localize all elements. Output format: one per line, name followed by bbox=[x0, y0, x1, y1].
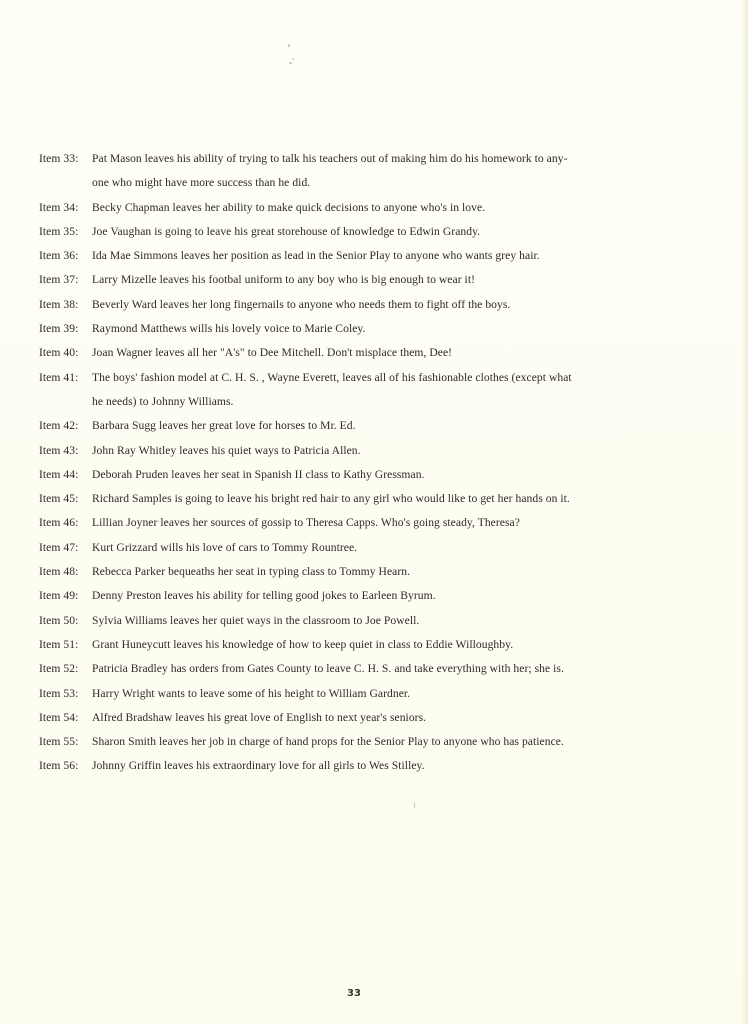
list-item: Item 48:Rebecca Parker bequeaths her sea… bbox=[39, 560, 699, 584]
item-number-label: Item 41: bbox=[39, 366, 92, 415]
item-text: Sylvia Williams leaves her quiet ways in… bbox=[92, 609, 699, 633]
item-text: Joan Wagner leaves all her "A's" to Dee … bbox=[92, 341, 699, 365]
item-text-line: Grant Huneycutt leaves his knowledge of … bbox=[92, 633, 699, 657]
list-item: Item 49:Denny Preston leaves his ability… bbox=[39, 584, 699, 608]
item-number-label: Item 49: bbox=[39, 584, 92, 608]
paper-speck bbox=[289, 62, 292, 64]
item-text-line: Sylvia Williams leaves her quiet ways in… bbox=[92, 609, 699, 633]
item-text-line: Joan Wagner leaves all her "A's" to Dee … bbox=[92, 341, 699, 365]
item-text-line: Lillian Joyner leaves her sources of gos… bbox=[92, 511, 699, 535]
list-item: Item 55:Sharon Smith leaves her job in c… bbox=[39, 730, 699, 754]
item-number-label: Item 47: bbox=[39, 536, 92, 560]
list-item: Item 37:Larry Mizelle leaves his footbal… bbox=[39, 268, 699, 292]
list-item: Item 35:Joe Vaughan is going to leave hi… bbox=[39, 220, 699, 244]
list-item: Item 56:Johnny Griffin leaves his extrao… bbox=[39, 754, 699, 778]
list-item: Item 44:Deborah Pruden leaves her seat i… bbox=[39, 463, 699, 487]
item-text-line: Denny Preston leaves his ability for tel… bbox=[92, 584, 699, 608]
item-number-label: Item 55: bbox=[39, 730, 92, 754]
list-item: Item 43:John Ray Whitley leaves his quie… bbox=[39, 439, 699, 463]
item-number-label: Item 45: bbox=[39, 487, 92, 511]
item-text-line: Raymond Matthews wills his lovely voice … bbox=[92, 317, 699, 341]
item-number-label: Item 40: bbox=[39, 341, 92, 365]
list-item: Item 39:Raymond Matthews wills his lovel… bbox=[39, 317, 699, 341]
item-text-line: Becky Chapman leaves her ability to make… bbox=[92, 196, 699, 220]
document-page: Item 33:Pat Mason leaves his ability of … bbox=[0, 0, 748, 1024]
item-number-label: Item 42: bbox=[39, 414, 92, 438]
list-item: Item 38:Beverly Ward leaves her long fin… bbox=[39, 293, 699, 317]
item-number-label: Item 39: bbox=[39, 317, 92, 341]
list-item: Item 41:The boys' fashion model at C. H.… bbox=[39, 366, 699, 415]
list-item: Item 45:Richard Samples is going to leav… bbox=[39, 487, 699, 511]
item-number-label: Item 50: bbox=[39, 609, 92, 633]
list-item: Item 46:Lillian Joyner leaves her source… bbox=[39, 511, 699, 535]
item-number-label: Item 34: bbox=[39, 196, 92, 220]
item-text-line: Larry Mizelle leaves his footbal uniform… bbox=[92, 268, 699, 292]
item-number-label: Item 44: bbox=[39, 463, 92, 487]
item-text: Sharon Smith leaves her job in charge of… bbox=[92, 730, 699, 754]
page-edge-shadow bbox=[742, 0, 748, 1024]
item-number-label: Item 54: bbox=[39, 706, 92, 730]
list-item: Item 51:Grant Huneycutt leaves his knowl… bbox=[39, 633, 699, 657]
item-text: Beverly Ward leaves her long fingernails… bbox=[92, 293, 699, 317]
item-number-label: Item 53: bbox=[39, 682, 92, 706]
item-number-label: Item 51: bbox=[39, 633, 92, 657]
item-number-label: Item 37: bbox=[39, 268, 92, 292]
item-text: Pat Mason leaves his ability of trying t… bbox=[92, 147, 699, 196]
item-text-line: Rebecca Parker bequeaths her seat in typ… bbox=[92, 560, 699, 584]
item-text-line: Johnny Griffin leaves his extraordinary … bbox=[92, 754, 699, 778]
paper-speck bbox=[288, 44, 290, 47]
item-text-line: The boys' fashion model at C. H. S. , Wa… bbox=[92, 366, 699, 390]
item-number-label: Item 52: bbox=[39, 657, 92, 681]
item-text: Deborah Pruden leaves her seat in Spanis… bbox=[92, 463, 699, 487]
list-item: Item 34:Becky Chapman leaves her ability… bbox=[39, 196, 699, 220]
item-text: Patricia Bradley has orders from Gates C… bbox=[92, 657, 699, 681]
list-item: Item 40:Joan Wagner leaves all her "A's"… bbox=[39, 341, 699, 365]
list-item: Item 33:Pat Mason leaves his ability of … bbox=[39, 147, 699, 196]
list-item: Item 47:Kurt Grizzard wills his love of … bbox=[39, 536, 699, 560]
item-text: Becky Chapman leaves her ability to make… bbox=[92, 196, 699, 220]
item-text: Larry Mizelle leaves his footbal uniform… bbox=[92, 268, 699, 292]
list-item: Item 42:Barbara Sugg leaves her great lo… bbox=[39, 414, 699, 438]
item-text-line: Patricia Bradley has orders from Gates C… bbox=[92, 657, 699, 681]
list-item: Item 52:Patricia Bradley has orders from… bbox=[39, 657, 699, 681]
item-number-label: Item 56: bbox=[39, 754, 92, 778]
item-text: Rebecca Parker bequeaths her seat in typ… bbox=[92, 560, 699, 584]
item-text-line: Barbara Sugg leaves her great love for h… bbox=[92, 414, 699, 438]
item-text-line: Alfred Bradshaw leaves his great love of… bbox=[92, 706, 699, 730]
list-item: Item 36:Ida Mae Simmons leaves her posit… bbox=[39, 244, 699, 268]
item-number-label: Item 48: bbox=[39, 560, 92, 584]
item-number-label: Item 43: bbox=[39, 439, 92, 463]
item-number-label: Item 38: bbox=[39, 293, 92, 317]
item-text-line: Pat Mason leaves his ability of trying t… bbox=[92, 147, 699, 171]
item-text: John Ray Whitley leaves his quiet ways t… bbox=[92, 439, 699, 463]
paper-speck bbox=[414, 802, 415, 808]
item-text: Barbara Sugg leaves her great love for h… bbox=[92, 414, 699, 438]
item-text-line: John Ray Whitley leaves his quiet ways t… bbox=[92, 439, 699, 463]
item-text: Alfred Bradshaw leaves his great love of… bbox=[92, 706, 699, 730]
item-text-line: Beverly Ward leaves her long fingernails… bbox=[92, 293, 699, 317]
page-number: 33 bbox=[0, 988, 708, 999]
item-text: Denny Preston leaves his ability for tel… bbox=[92, 584, 699, 608]
list-item: Item 53:Harry Wright wants to leave some… bbox=[39, 682, 699, 706]
item-text-continuation: he needs) to Johnny Williams. bbox=[92, 390, 699, 414]
item-text: Lillian Joyner leaves her sources of gos… bbox=[92, 511, 699, 535]
item-text-line: Deborah Pruden leaves her seat in Spanis… bbox=[92, 463, 699, 487]
item-text: Richard Samples is going to leave his br… bbox=[92, 487, 699, 511]
bequest-list: Item 33:Pat Mason leaves his ability of … bbox=[39, 147, 699, 779]
item-text: The boys' fashion model at C. H. S. , Wa… bbox=[92, 366, 699, 415]
item-text-line: Harry Wright wants to leave some of his … bbox=[92, 682, 699, 706]
item-text: Johnny Griffin leaves his extraordinary … bbox=[92, 754, 699, 778]
item-text-line: Kurt Grizzard wills his love of cars to … bbox=[92, 536, 699, 560]
paper-speck bbox=[292, 58, 294, 60]
item-text: Ida Mae Simmons leaves her position as l… bbox=[92, 244, 699, 268]
list-item: Item 50:Sylvia Williams leaves her quiet… bbox=[39, 609, 699, 633]
item-number-label: Item 36: bbox=[39, 244, 92, 268]
item-text: Grant Huneycutt leaves his knowledge of … bbox=[92, 633, 699, 657]
item-text: Kurt Grizzard wills his love of cars to … bbox=[92, 536, 699, 560]
item-text-line: Ida Mae Simmons leaves her position as l… bbox=[92, 244, 699, 268]
item-number-label: Item 35: bbox=[39, 220, 92, 244]
item-text: Raymond Matthews wills his lovely voice … bbox=[92, 317, 699, 341]
item-text-line: Sharon Smith leaves her job in charge of… bbox=[92, 730, 699, 754]
item-text-continuation: one who might have more success than he … bbox=[92, 171, 699, 195]
item-text-line: Richard Samples is going to leave his br… bbox=[92, 487, 699, 511]
list-item: Item 54:Alfred Bradshaw leaves his great… bbox=[39, 706, 699, 730]
item-text-line: Joe Vaughan is going to leave his great … bbox=[92, 220, 699, 244]
item-text: Harry Wright wants to leave some of his … bbox=[92, 682, 699, 706]
item-number-label: Item 33: bbox=[39, 147, 92, 196]
item-number-label: Item 46: bbox=[39, 511, 92, 535]
item-text: Joe Vaughan is going to leave his great … bbox=[92, 220, 699, 244]
